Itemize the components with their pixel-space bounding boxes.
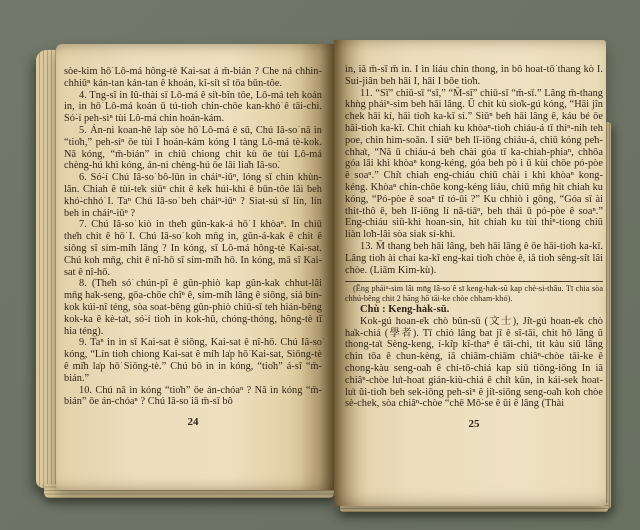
paragraph-continuation: sòe-kim hō͘ Lô-má hông-tè Kai-sat á m̄-b… (64, 66, 322, 90)
right-page-text: ìn, iā m̄-sī m̄ ìn. I ìn liáu chin thong… (345, 64, 603, 431)
footnote-text: (Ēng pháiⁿ-sim lâi mn̄g Iâ-so͘ ê sī keng… (345, 284, 603, 304)
paragraph-item-4: 4. Tng-sî in Iû-thài sī Lô-má ê si̍t-bîn… (64, 90, 322, 125)
paragraph-item-8: 8. (The̍h só͘ chún-pī ê gûn-phiò kap gûn… (64, 278, 322, 337)
right-page: ìn, iā m̄-sī m̄ ìn. I ìn liáu chin thong… (334, 40, 606, 506)
paragraph-item-10: 10. Chú nā ìn kóng “tio̍h” ōe án-chóaⁿ ?… (64, 385, 322, 409)
note-body: Kok-gú hoan-e̍k chò bûn-sū (文士), Ji̍t-gú… (345, 316, 603, 410)
left-page: sòe-kim hō͘ Lô-má hông-tè Kai-sat á m̄-b… (56, 44, 334, 490)
left-page-number: 24 (64, 417, 322, 429)
paragraph-item-7: 7. Chú Iâ-so͘ kiò in the̍h gûn-kak-á hō͘… (64, 219, 322, 278)
footnote-divider (345, 281, 603, 282)
left-page-text: sòe-kim hō͘ Lô-má hông-tè Kai-sat á m̄-b… (64, 66, 322, 429)
paragraph-item-6: 6. Só͘-í Chú Iâ-so͘ bô-lūn ìn cháiⁿ-iūⁿ,… (64, 172, 322, 219)
paragraph-item-13: 13. M̄ thang beh hāi lâng, beh hāi lâng … (345, 241, 603, 276)
paragraph-item-11: 11. “Sī” chiū-sī “sī,” “M̄-sī” chiū-sī “… (345, 88, 603, 241)
paragraph-item-5: 5. Án-ni koan-hē la̍p sòe hō͘ Lô-má ê sū… (64, 125, 322, 172)
note-heading: Chù : Keng-ha̍k-sū. (345, 304, 603, 316)
paragraph-continuation: ìn, iā m̄-sī m̄ ìn. I ìn liáu chin thong… (345, 64, 603, 88)
open-book-photo: sòe-kim hō͘ Lô-má hông-tè Kai-sat á m̄-b… (0, 0, 640, 530)
paragraph-item-9: 9. Taⁿ in ìn sī Kai-sat ê siōng, Kai-sat… (64, 337, 322, 384)
right-page-number: 25 (345, 419, 603, 431)
